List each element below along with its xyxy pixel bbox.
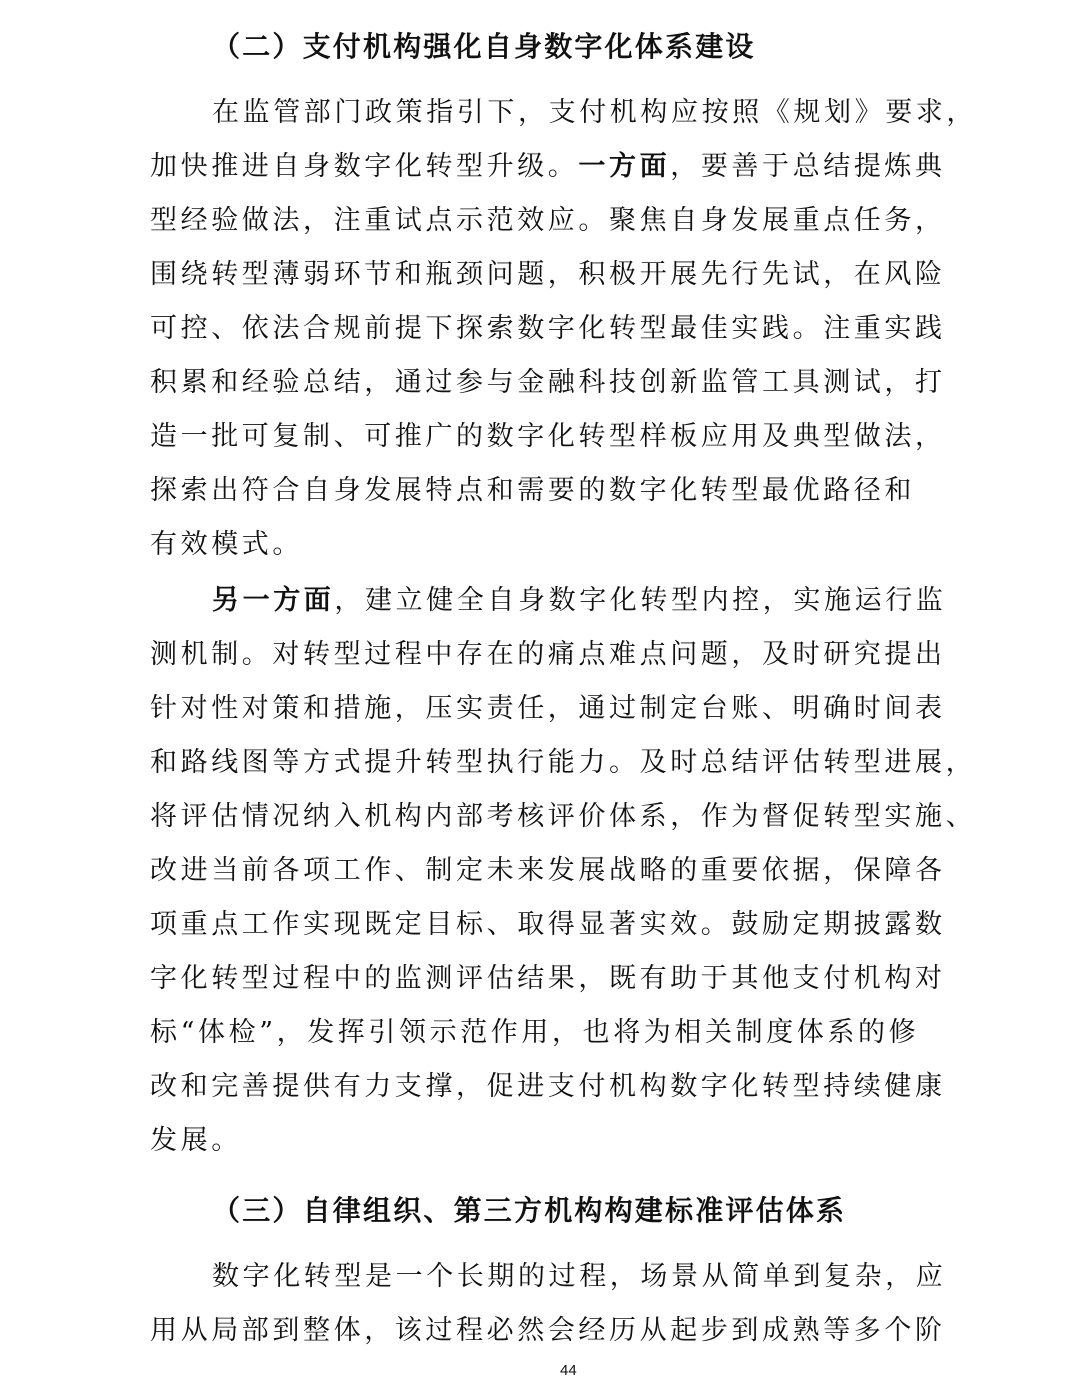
paragraph-line: 积累和经验总结，通过参与金融科技创新监管工具测试，打 (150, 366, 970, 400)
paragraph-line: 有效模式。 (150, 528, 970, 562)
section-heading-3: （三）自律组织、第三方机构构建标准评估体系 (212, 1194, 846, 1228)
paragraph-line: 型经验做法，注重试点示范效应。聚焦自身发展重点任务， (150, 204, 970, 238)
paragraph-line: 改和完善提供有力支撑，促进支付机构数字化转型持续健康 (150, 1070, 970, 1104)
paragraph-line: 测机制。对转型过程中存在的痛点难点问题，及时研究提出 (150, 638, 970, 672)
text-span: 加快推进自身数字化转型升级。 (150, 151, 578, 182)
paragraph-line: 数字化转型是一个长期的过程，场景从简单到复杂，应 (212, 1260, 1032, 1294)
paragraph-line: 可控、依法合规前提下探索数字化转型最佳实践。注重实践 (150, 312, 970, 346)
paragraph-line: 发展。 (150, 1124, 970, 1158)
text-span: ，建立健全自身数字化转型内控，实施运行监 (334, 585, 946, 616)
bold-lead-text: 另一方面 (212, 585, 334, 616)
paragraph-line: 和路线图等方式提升转型执行能力。及时总结评估转型进展， (150, 746, 970, 780)
paragraph-line: 探索出符合自身发展特点和需要的数字化转型最优路径和 (150, 474, 970, 508)
paragraph-line: 项重点工作实现既定目标、取得显著实效。鼓励定期披露数 (150, 908, 970, 942)
paragraph-line: 针对性对策和措施，压实责任，通过制定台账、明确时间表 (150, 692, 970, 726)
paragraph-line: 加快推进自身数字化转型升级。一方面，要善于总结提炼典 (150, 150, 970, 184)
paragraph-line: 字化转型过程中的监测评估结果，既有助于其他支付机构对 (150, 962, 970, 996)
section-heading-2: （二）支付机构强化自身数字化体系建设 (212, 30, 756, 64)
bold-lead-text: 一方面 (578, 151, 670, 182)
page-number: 44 (560, 1362, 577, 1379)
paragraph-line: 用从局部到整体，该过程必然会经历从起步到成熟等多个阶 (150, 1314, 970, 1348)
text-span: ，要善于总结提炼典 (670, 151, 945, 182)
paragraph-line: 标“体检”，发挥引领示范作用，也将为相关制度体系的修 (150, 1016, 970, 1050)
document-page: （二）支付机构强化自身数字化体系建设 在监管部门政策指引下，支付机构应按照《规划… (0, 0, 1080, 1398)
paragraph-line: 在监管部门政策指引下，支付机构应按照《规划》要求， (212, 96, 1032, 130)
paragraph-line: 造一批可复制、可推广的数字化转型样板应用及典型做法， (150, 420, 970, 454)
paragraph-line: 围绕转型薄弱环节和瓶颈问题，积极开展先行先试，在风险 (150, 258, 970, 292)
paragraph-line: 另一方面，建立健全自身数字化转型内控，实施运行监 (212, 584, 1032, 618)
paragraph-line: 改进当前各项工作、制定未来发展战略的重要依据，保障各 (150, 854, 970, 888)
paragraph-line: 将评估情况纳入机构内部考核评价体系，作为督促转型实施、 (150, 800, 970, 834)
